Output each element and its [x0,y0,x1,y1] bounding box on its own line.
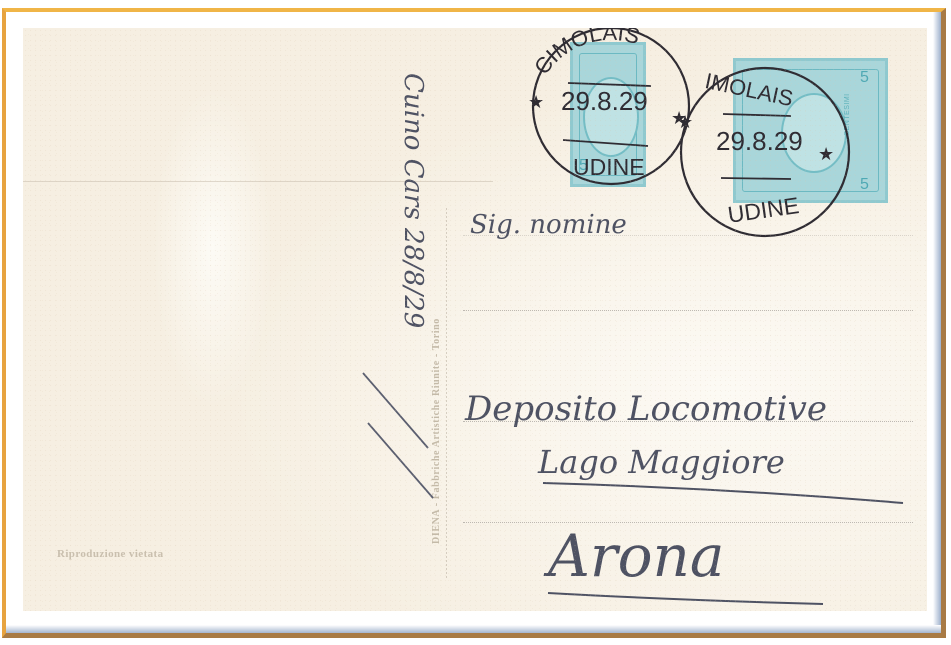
svg-text:UDINE: UDINE [726,192,800,228]
underline-place [543,483,903,503]
address-line-city: Arona [543,522,724,590]
svg-text:29.8.29: 29.8.29 [716,126,803,156]
svg-text:★: ★ [528,92,544,112]
svg-text:CIMOLAIS: CIMOLAIS [529,28,642,79]
address-line-place: Lago Maggiore [537,443,785,481]
address-line-street: Deposito Locomotive [464,389,827,429]
postmark-1: CIMOLAIS 29.8.29 ★ ★ UDINE [528,28,693,184]
underline-city [548,593,823,604]
svg-text:UDINE: UDINE [573,154,645,180]
svg-text:29.8.29: 29.8.29 [561,86,648,116]
frame-shadow-bottom [6,625,941,633]
postmark-2: IMOLAIS 29.8.29 ★ ★ UDINE [671,68,849,236]
handwritten-greeting: Sig. nomine [470,210,627,240]
svg-text:★: ★ [671,108,687,128]
frame-shadow-right [933,12,941,633]
svg-text:IMOLAIS: IMOLAIS [703,68,795,111]
postcard-back: DIENA - Fabbriche Artistiche Riunite - T… [23,28,927,611]
svg-text:★: ★ [818,144,834,164]
handwritten-side-note: Cuino Cars 28/8/29 [398,73,428,328]
ink-overlay: CIMOLAIS 29.8.29 ★ ★ UDINE IMOLAIS 29.8.… [23,28,927,611]
